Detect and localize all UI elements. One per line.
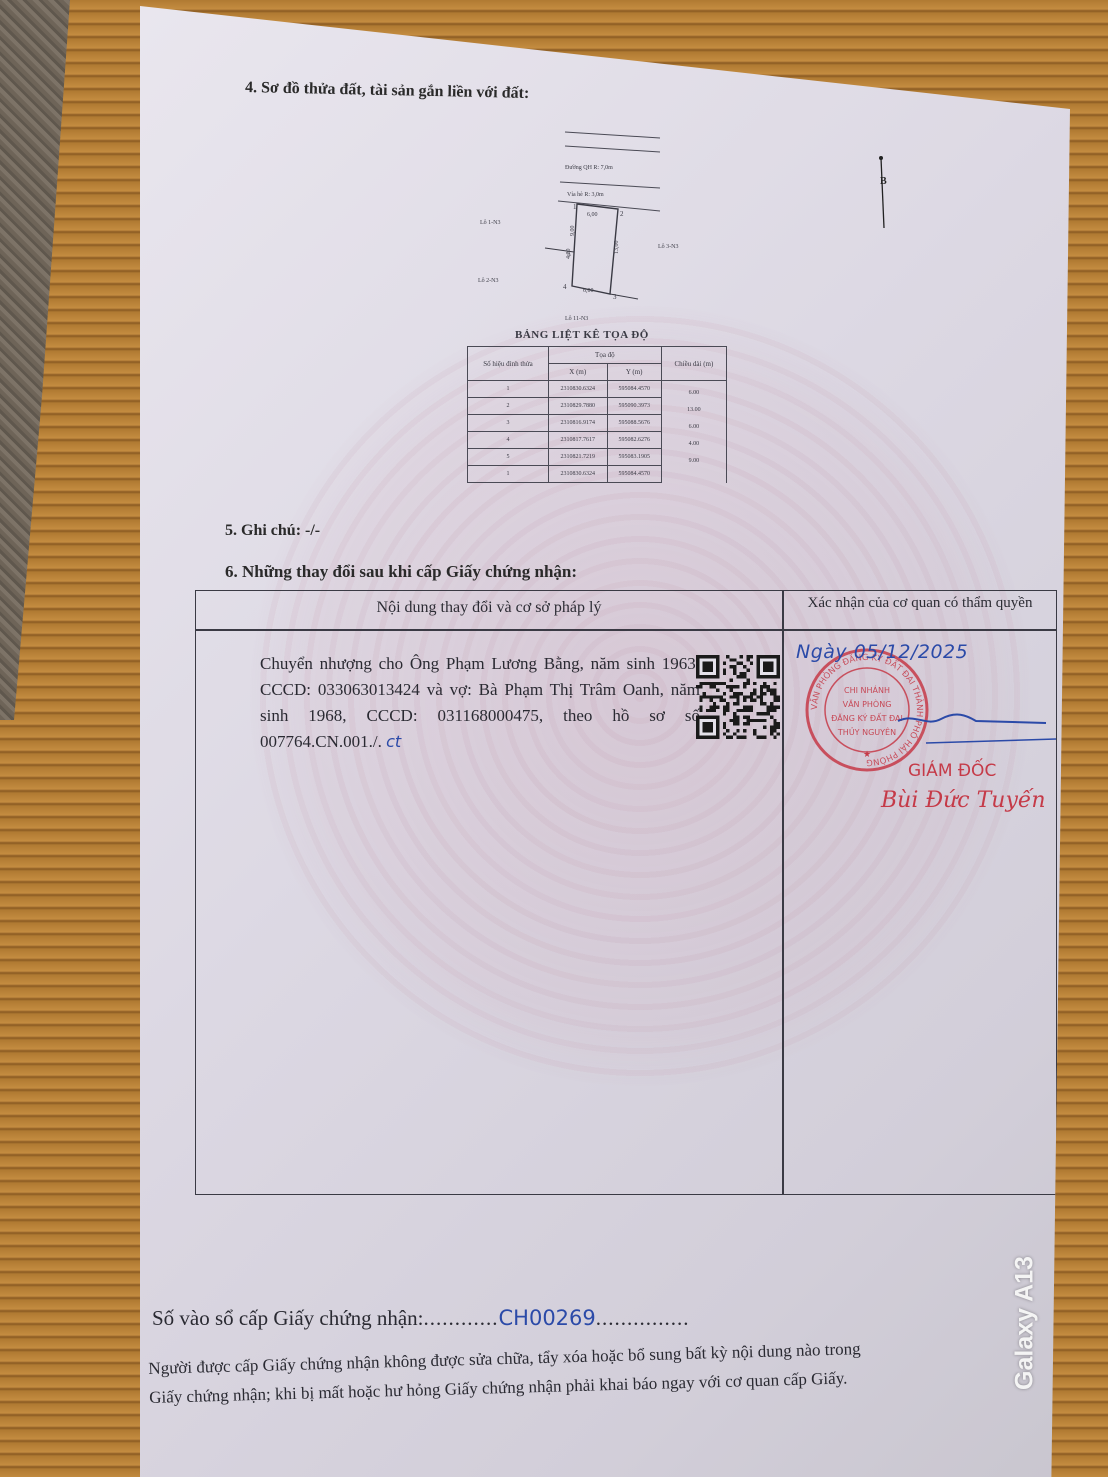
neighbor-left: Lô 2-N3 bbox=[478, 278, 499, 284]
north-arrow-icon: B bbox=[875, 154, 895, 230]
neighbor-right: Lô 3-N3 bbox=[658, 244, 679, 250]
svg-text:4: 4 bbox=[563, 283, 567, 291]
registration-label: Số vào sổ cấp Giấy chứng nhận: bbox=[152, 1306, 424, 1330]
coordinate-table: Số hiệu đỉnh thửa Tọa độ Chiều dài (m) X… bbox=[467, 346, 727, 483]
svg-text:THỦY NGUYÊN: THỦY NGUYÊN bbox=[837, 726, 896, 737]
camera-watermark: Galaxy A13 bbox=[1000, 1238, 1050, 1408]
x-header: X (m) bbox=[548, 364, 607, 381]
coord-group-header: Tọa độ bbox=[548, 347, 661, 364]
section-6-title: 6. Những thay đổi sau khi cấp Giấy chứng… bbox=[225, 562, 577, 582]
carpet-background bbox=[0, 0, 70, 720]
change-content: Chuyển nhượng cho Ông Phạm Lương Bằng, n… bbox=[260, 651, 700, 755]
header-divider bbox=[196, 629, 1056, 631]
land-plot-diagram: Đường QH R: 7,0m Vỉa hè R: 3,0m 1 2 3 4 … bbox=[470, 124, 770, 324]
signer-name: Bùi Đức Tuyến bbox=[881, 788, 1046, 813]
registration-number-line: Số vào sổ cấp Giấy chứng nhận:..........… bbox=[152, 1306, 690, 1331]
coord-table-title: BẢNG LIỆT KÊ TỌA ĐỘ bbox=[515, 329, 649, 341]
svg-text:6,00: 6,00 bbox=[587, 212, 598, 218]
warning-notice: Người được cấp Giấy chứng nhận không đượ… bbox=[148, 1328, 1069, 1412]
qr-code-icon bbox=[696, 649, 780, 745]
sidewalk-label: Vỉa hè R: 3,0m bbox=[567, 192, 604, 198]
y-header: Y (m) bbox=[607, 364, 661, 381]
svg-text:1: 1 bbox=[573, 203, 577, 211]
signer-title: GIÁM ĐỐC bbox=[908, 761, 996, 781]
neighbor-top-left: Lô 1-N3 bbox=[480, 220, 501, 226]
signature-scribble-icon bbox=[896, 709, 1056, 749]
land-certificate-page: 4. Sơ đồ thửa đất, tài sản gắn liền với … bbox=[140, 6, 1070, 1477]
svg-text:13,00: 13,00 bbox=[614, 241, 620, 255]
svg-text:2: 2 bbox=[620, 210, 624, 218]
section-4-title: 4. Sơ đồ thửa đất, tài sản gắn liền với … bbox=[245, 79, 530, 103]
svg-text:ĐĂNG KÝ ĐẤT ĐAI: ĐĂNG KÝ ĐẤT ĐAI bbox=[831, 712, 903, 723]
coord-row: 12310830.6324595084.45709.00 bbox=[468, 466, 727, 483]
svg-text:4,00: 4,00 bbox=[566, 249, 572, 260]
column-divider bbox=[782, 591, 784, 1194]
svg-text:CHI NHÁNH: CHI NHÁNH bbox=[844, 684, 890, 695]
svg-text:3: 3 bbox=[613, 293, 617, 301]
svg-text:B: B bbox=[880, 176, 887, 187]
neighbor-bottom: Lô 11-N3 bbox=[565, 316, 588, 322]
svg-text:9,00: 9,00 bbox=[570, 226, 576, 237]
svg-text:VĂN PHÒNG: VĂN PHÒNG bbox=[843, 698, 892, 709]
changes-header-confirmation: Xác nhận của cơ quan có thẩm quyền bbox=[784, 595, 1056, 612]
svg-text:★: ★ bbox=[863, 749, 871, 759]
registration-number: CH00269 bbox=[499, 1306, 596, 1330]
handwritten-initial: ct bbox=[386, 732, 401, 751]
changes-header-content: Nội dung thay đổi và cơ sở pháp lý bbox=[196, 599, 782, 617]
changes-table: Nội dung thay đổi và cơ sở pháp lý Xác n… bbox=[195, 590, 1057, 1195]
section-5-title: 5. Ghi chú: -/- bbox=[225, 522, 320, 540]
road-label: Đường QH R: 7,0m bbox=[565, 165, 613, 171]
svg-text:6,00: 6,00 bbox=[583, 288, 594, 294]
vertex-header: Số hiệu đỉnh thửa bbox=[468, 347, 549, 381]
handwritten-date: Ngày 05/12/2025 bbox=[796, 641, 968, 663]
